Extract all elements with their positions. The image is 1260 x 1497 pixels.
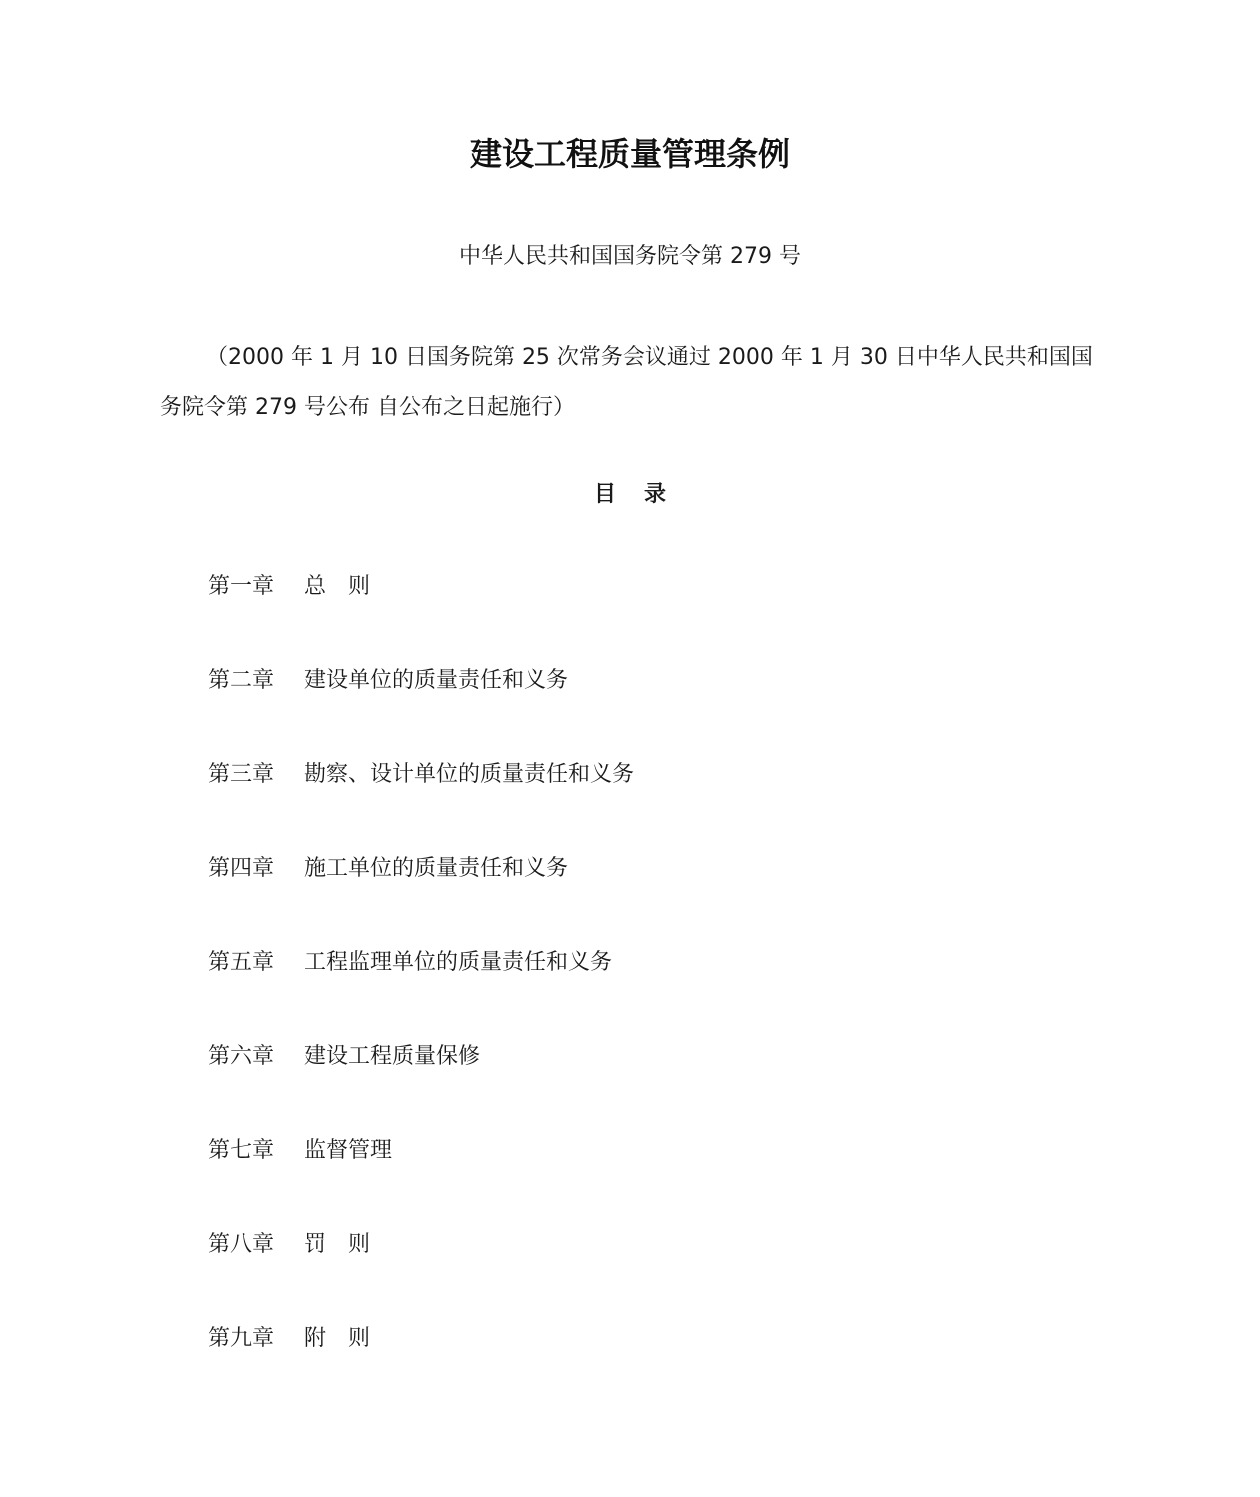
promulgation-note: （2000 年 1 月 10 日国务院第 25 次常务会议通过 2000 年 1… — [160, 333, 1110, 433]
toc-heading: 目录 — [0, 478, 1260, 512]
toc-item[interactable]: 第三章勘察、设计单位的质量责任和义务 — [208, 758, 1108, 852]
table-of-contents: 第一章总 则 第二章建设单位的质量责任和义务 第三章勘察、设计单位的质量责任和义… — [208, 570, 1108, 1416]
chapter-number: 第六章 — [208, 1040, 304, 1074]
chapter-number: 第七章 — [208, 1134, 304, 1168]
chapter-name: 勘察、设计单位的质量责任和义务 — [304, 758, 634, 792]
document-title: 建设工程质量管理条例 — [0, 132, 1260, 176]
toc-item[interactable]: 第一章总 则 — [208, 570, 1108, 664]
chapter-number: 第九章 — [208, 1322, 304, 1356]
chapter-name: 建设单位的质量责任和义务 — [304, 664, 568, 698]
chapter-number: 第五章 — [208, 946, 304, 980]
toc-item[interactable]: 第九章附 则 — [208, 1322, 1108, 1416]
toc-heading-left: 目 — [594, 482, 616, 507]
chapter-name: 罚 则 — [304, 1228, 370, 1262]
document-page: 建设工程质量管理条例 中华人民共和国国务院令第 279 号 （2000 年 1 … — [0, 0, 1260, 1497]
chapter-name: 附 则 — [304, 1322, 370, 1356]
toc-item[interactable]: 第八章罚 则 — [208, 1228, 1108, 1322]
toc-item[interactable]: 第二章建设单位的质量责任和义务 — [208, 664, 1108, 758]
chapter-number: 第四章 — [208, 852, 304, 886]
toc-item[interactable]: 第四章施工单位的质量责任和义务 — [208, 852, 1108, 946]
chapter-name: 建设工程质量保修 — [304, 1040, 480, 1074]
chapter-number: 第二章 — [208, 664, 304, 698]
chapter-number: 第一章 — [208, 570, 304, 604]
toc-heading-right: 录 — [644, 482, 666, 507]
decree-number: 中华人民共和国国务院令第 279 号 — [0, 240, 1260, 274]
chapter-name: 施工单位的质量责任和义务 — [304, 852, 568, 886]
chapter-name: 监督管理 — [304, 1134, 392, 1168]
chapter-number: 第八章 — [208, 1228, 304, 1262]
toc-item[interactable]: 第七章监督管理 — [208, 1134, 1108, 1228]
toc-item[interactable]: 第五章工程监理单位的质量责任和义务 — [208, 946, 1108, 1040]
toc-item[interactable]: 第六章建设工程质量保修 — [208, 1040, 1108, 1134]
chapter-number: 第三章 — [208, 758, 304, 792]
chapter-name: 总 则 — [304, 570, 370, 604]
chapter-name: 工程监理单位的质量责任和义务 — [304, 946, 612, 980]
